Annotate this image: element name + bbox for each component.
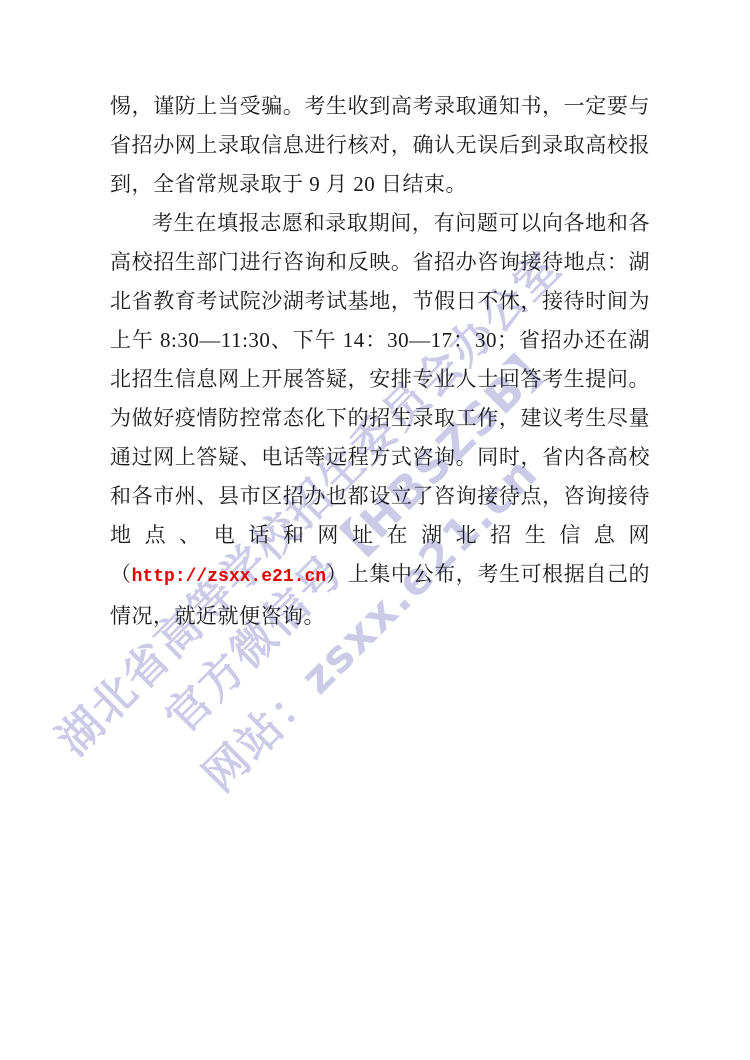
document-page: 湖北省高等学校招生委员会办公室 官方微信号【HBSZSB】 网站：zsxx.e2… (0, 0, 750, 1060)
paragraph-consultation: 考生在填报志愿和录取期间，有问题可以向各地和各高校招生部门进行咨询和反映。省招办… (110, 204, 650, 636)
paragraph-notice: 惕，谨防上当受骗。考生收到高考录取通知书，一定要与省招办网上录取信息进行核对，确… (110, 87, 650, 204)
hubei-zhaosheng-info-url[interactable]: http://zsxx.e21.cn (132, 567, 326, 587)
document-body: 惕，谨防上当受骗。考生收到高考录取通知书，一定要与省招办网上录取信息进行核对，确… (110, 87, 650, 636)
paragraph-consultation-text-before-url: 考生在填报志愿和录取期间，有问题可以向各地和各高校招生部门进行咨询和反映。省招办… (110, 211, 650, 586)
